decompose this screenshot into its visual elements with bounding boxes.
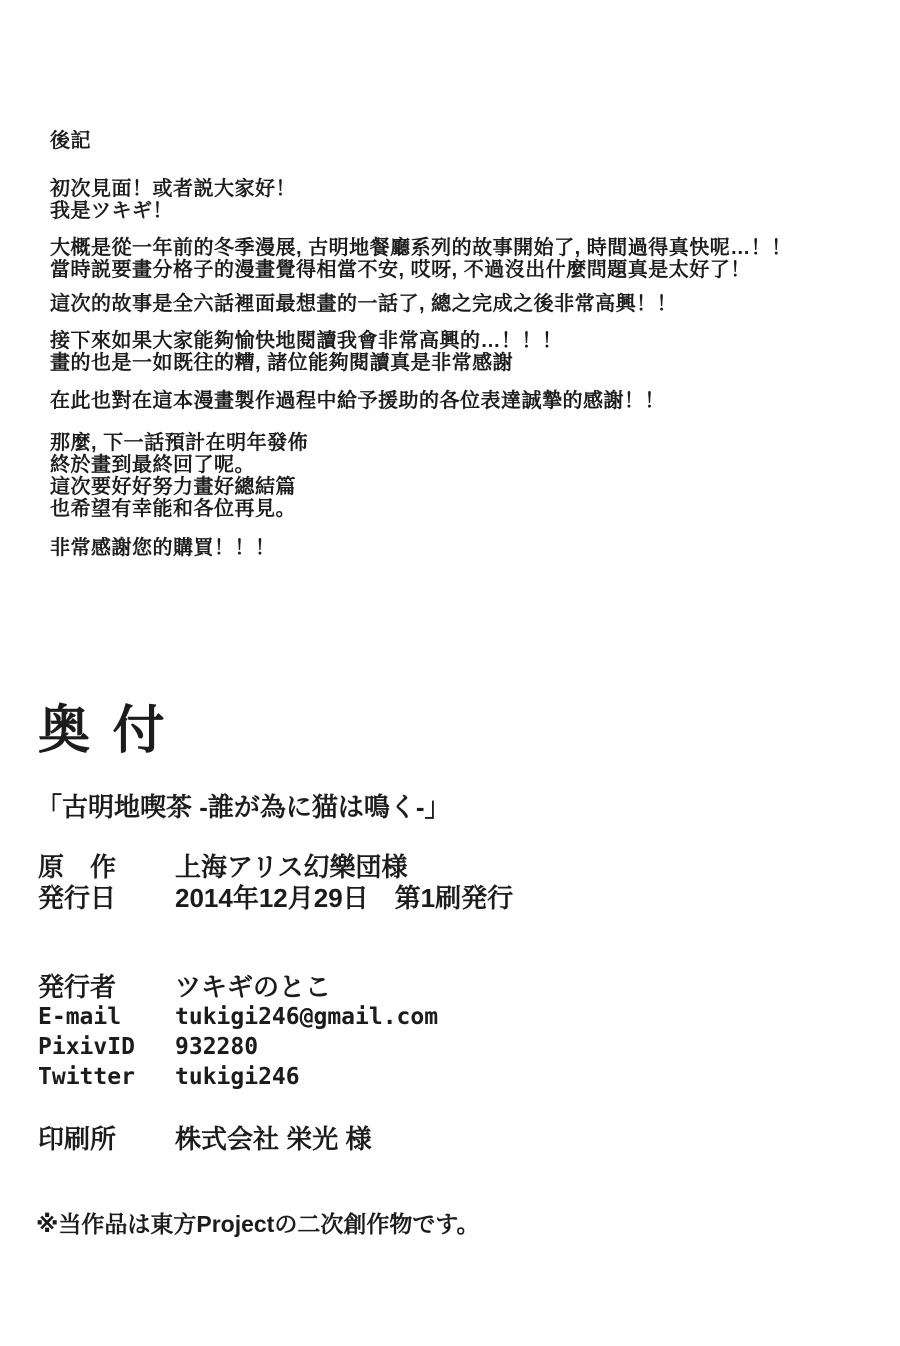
work-title: 「古明地喫茶 -誰が為に猫は鳴く-」 <box>36 790 451 824</box>
email-row: E-mail tukigi246@gmail.com <box>38 1002 870 1032</box>
publication-date-row: 発行日 2014年12月29日 第1刷発行 <box>38 883 870 914</box>
afterword-heading: 後記 <box>50 130 870 152</box>
printer-row: 印刷所 株式会社 栄光 様 <box>38 1124 870 1155</box>
afterword-section: 後記 初次見面！或者説大家好！ 我是ツキギ！ 大概是從一年前的冬季漫展, 古明地… <box>50 130 870 574</box>
afterword-greeting: 初次見面！或者説大家好！ 我是ツキギ！ <box>50 178 870 222</box>
afterword-colophon-page: 後記 初次見面！或者説大家好！ 我是ツキギ！ 大概是從一年前的冬季漫展, 古明地… <box>0 0 900 1346</box>
afterword-purchase-thanks: 非常感謝您的購買！！！ <box>50 537 870 559</box>
publication-info: 原 作 上海アリス幻樂団様 発行日 2014年12月29日 第1刷発行 <box>38 852 870 914</box>
printer-label: 印刷所 <box>38 1124 175 1155</box>
twitter-label: Twitter <box>38 1062 175 1092</box>
colophon-heading: 奥 付 <box>38 702 168 760</box>
twitter-row: Twitter tukigi246 <box>38 1062 870 1092</box>
publisher-row: 発行者 ツキギのとこ <box>38 972 870 1002</box>
publisher-value: ツキギのとこ <box>175 973 331 1003</box>
original-work-row: 原 作 上海アリス幻樂団様 <box>38 852 870 883</box>
afterword-helper-thanks: 在此也對在這本漫畫製作過程中給予援助的各位表達誠摯的感謝！！ <box>50 390 870 412</box>
publisher-info: 発行者 ツキギのとこ E-mail tukigi246@gmail.com Pi… <box>38 972 870 1092</box>
email-value: tukigi246@gmail.com <box>175 1002 438 1032</box>
publication-date-label: 発行日 <box>38 883 175 914</box>
printer-value: 株式会社 栄光 様 <box>175 1124 371 1155</box>
afterword-next-chapter: 那麼, 下一話預計在明年發佈 終於畫到最終回了呢。 這次要好好努力畫好總結篇 也… <box>50 432 870 520</box>
original-work-value: 上海アリス幻樂団様 <box>175 852 407 883</box>
derivative-work-note: ※当作品は東方Projectの二次創作物です。 <box>36 1208 480 1240</box>
publisher-label: 発行者 <box>38 972 175 1002</box>
printer-info: 印刷所 株式会社 栄光 様 <box>38 1124 870 1155</box>
publication-date-value: 2014年12月29日 第1刷発行 <box>175 883 513 914</box>
afterword-reader-thanks: 接下來如果大家能夠愉快地閱讀我會非常高興的…！！！ 畫的也是一如既往的糟, 諸位… <box>50 330 870 374</box>
afterword-favorite-chapter: 這次的故事是全六話裡面最想畫的一話了, 總之完成之後非常高興！！ <box>50 293 870 315</box>
pixiv-id-row: PixivID 932280 <box>38 1032 870 1062</box>
pixiv-id-label: PixivID <box>38 1032 175 1062</box>
original-work-label: 原 作 <box>38 852 175 883</box>
email-label: E-mail <box>38 1002 175 1032</box>
pixiv-id-value: 932280 <box>175 1032 258 1062</box>
afterword-series-history: 大概是從一年前的冬季漫展, 古明地餐廳系列的故事開始了, 時間過得真快呢…！！ … <box>50 237 870 281</box>
twitter-value: tukigi246 <box>175 1062 300 1092</box>
